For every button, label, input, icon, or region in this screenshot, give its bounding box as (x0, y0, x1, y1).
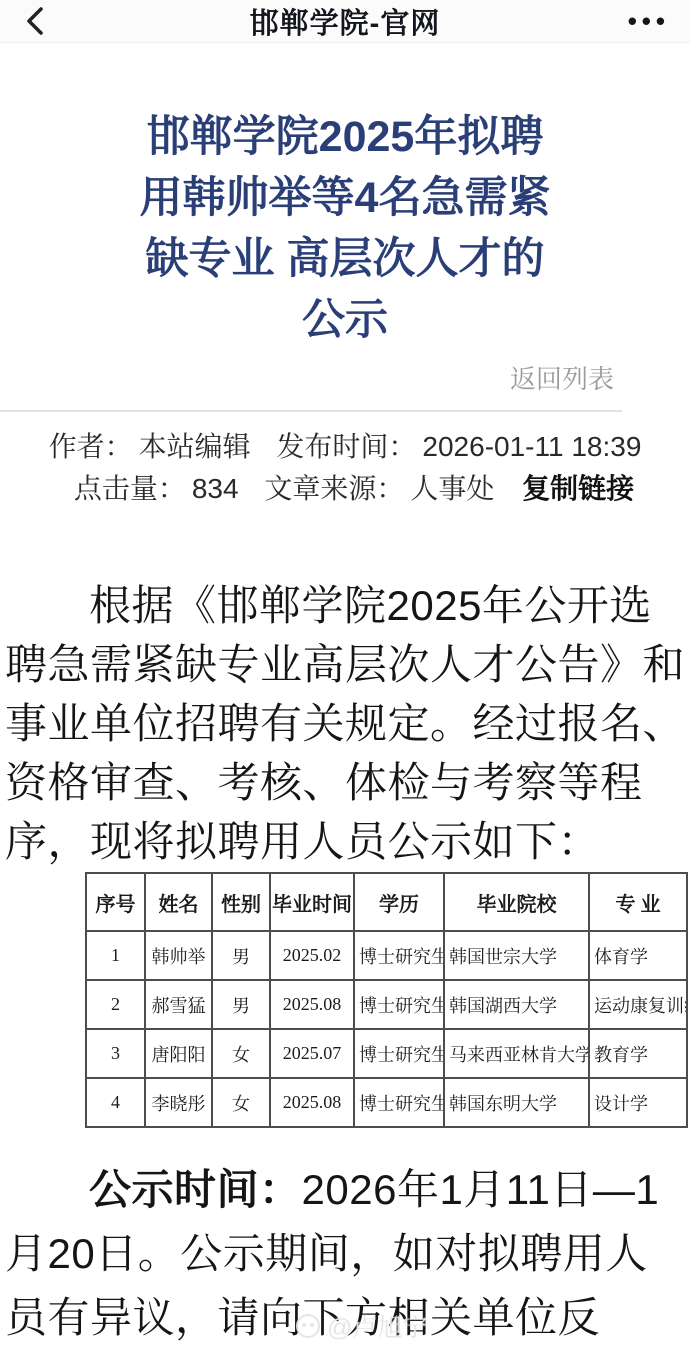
copy-link-button[interactable]: 复制链接 (522, 473, 634, 504)
table-row: 2郝雪猛男2025.08博士研究生韩国湖西大学运动康复训练学 (86, 980, 687, 1029)
table-cell: 男 (212, 931, 270, 980)
table-cell: 韩国东明大学 (444, 1078, 589, 1127)
table-cell: 1 (86, 931, 145, 980)
author-label: 作者： (49, 431, 133, 462)
table-header-row: 序号姓名性别毕业时间学历毕业院校专 业 (86, 873, 687, 931)
table-cell: 设计学 (589, 1078, 687, 1127)
nav-page-title: 邯郸学院-官网 (250, 1, 441, 42)
article-title: 邯郸学院2025年拟聘 用韩帅举等4名急需紧 缺专业 高层次人才的 公示 (0, 107, 690, 351)
table-cell: 唐阳阳 (145, 1029, 212, 1078)
navbar: 邯郸学院-官网 ••• (0, 0, 690, 43)
table-cell: 博士研究生 (354, 980, 444, 1029)
table-row: 1韩帅举男2025.02博士研究生韩国世宗大学体育学 (86, 931, 687, 980)
table-cell: 女 (212, 1029, 270, 1078)
table-cell: 3 (86, 1029, 145, 1078)
publicity-period-label: 公示时间： (89, 1166, 302, 1213)
back-link-row: 返回列表 (0, 359, 690, 396)
table-cell: 教育学 (589, 1029, 687, 1078)
table-cell: 博士研究生 (354, 1078, 444, 1127)
table-header-cell: 学历 (354, 873, 444, 931)
back-chevron-icon[interactable] (18, 4, 52, 38)
table-header-cell: 姓名 (145, 873, 212, 931)
table-cell: 2025.02 (270, 931, 354, 980)
author-value: 本站编辑 (139, 431, 251, 462)
table-cell: 博士研究生 (354, 931, 444, 980)
roster-table-wrap: 序号姓名性别毕业时间学历毕业院校专 业 1韩帅举男2025.02博士研究生韩国世… (0, 872, 690, 1128)
publish-time-value: 2026-01-11 18:39 (422, 431, 641, 462)
table-cell: 韩帅举 (145, 931, 212, 980)
hits-label: 点击量： (74, 473, 186, 504)
publish-time-label: 发布时间： (276, 431, 416, 462)
article-meta: 作者：本站编辑 发布时间：2026-01-11 18:39 点击量：834 文章… (41, 426, 649, 510)
article-title-line: 公示 (0, 290, 690, 351)
table-header-cell: 毕业时间 (270, 873, 354, 931)
table-cell: 2025.08 (270, 980, 354, 1029)
table-header-cell: 毕业院校 (444, 873, 589, 931)
table-cell: 韩国湖西大学 (444, 980, 589, 1029)
table-header-cell: 性别 (212, 873, 270, 931)
table-row: 4李晓彤女2025.08博士研究生韩国东明大学设计学 (86, 1078, 687, 1127)
table-cell: 体育学 (589, 931, 687, 980)
divider (0, 410, 622, 412)
body-paragraph-2: 公示时间：2026年1月11日—1月20日。公示期间，如对拟聘用人员有异议，请向… (0, 1158, 690, 1347)
table-cell: 博士研究生 (354, 1029, 444, 1078)
table-cell: 马来西亚林肯大学学院 (444, 1029, 589, 1078)
hits-value: 834 (192, 473, 239, 504)
table-row: 3唐阳阳女2025.07博士研究生马来西亚林肯大学学院教育学 (86, 1029, 687, 1078)
table-cell: 男 (212, 980, 270, 1029)
table-cell: 韩国世宗大学 (444, 931, 589, 980)
table-cell: 4 (86, 1078, 145, 1127)
article-title-line: 用韩帅举等4名急需紧 (0, 168, 690, 229)
table-cell: 2025.08 (270, 1078, 354, 1127)
article-title-line: 缺专业 高层次人才的 (0, 229, 690, 290)
table-cell: 运动康复训练学 (589, 980, 687, 1029)
ellipsis-menu-icon[interactable]: ••• (628, 0, 670, 42)
table-header-cell: 专 业 (589, 873, 687, 931)
table-cell: 2 (86, 980, 145, 1029)
body-paragraph-1: 根据《邯郸学院2025年公开选聘急需紧缺专业高层次人才公告》和事业单位招聘有关规… (0, 576, 690, 871)
article-title-line: 邯郸学院2025年拟聘 (0, 107, 690, 168)
table-header-cell: 序号 (86, 873, 145, 931)
table-cell: 2025.07 (270, 1029, 354, 1078)
table-cell: 李晓彤 (145, 1078, 212, 1127)
table-cell: 郝雪猛 (145, 980, 212, 1029)
return-to-list-link[interactable]: 返回列表 (510, 364, 614, 394)
roster-table: 序号姓名性别毕业时间学历毕业院校专 业 1韩帅举男2025.02博士研究生韩国世… (85, 872, 688, 1128)
source-label: 文章来源： (264, 473, 404, 504)
source-value: 人事处 (410, 473, 494, 504)
table-cell: 女 (212, 1078, 270, 1127)
